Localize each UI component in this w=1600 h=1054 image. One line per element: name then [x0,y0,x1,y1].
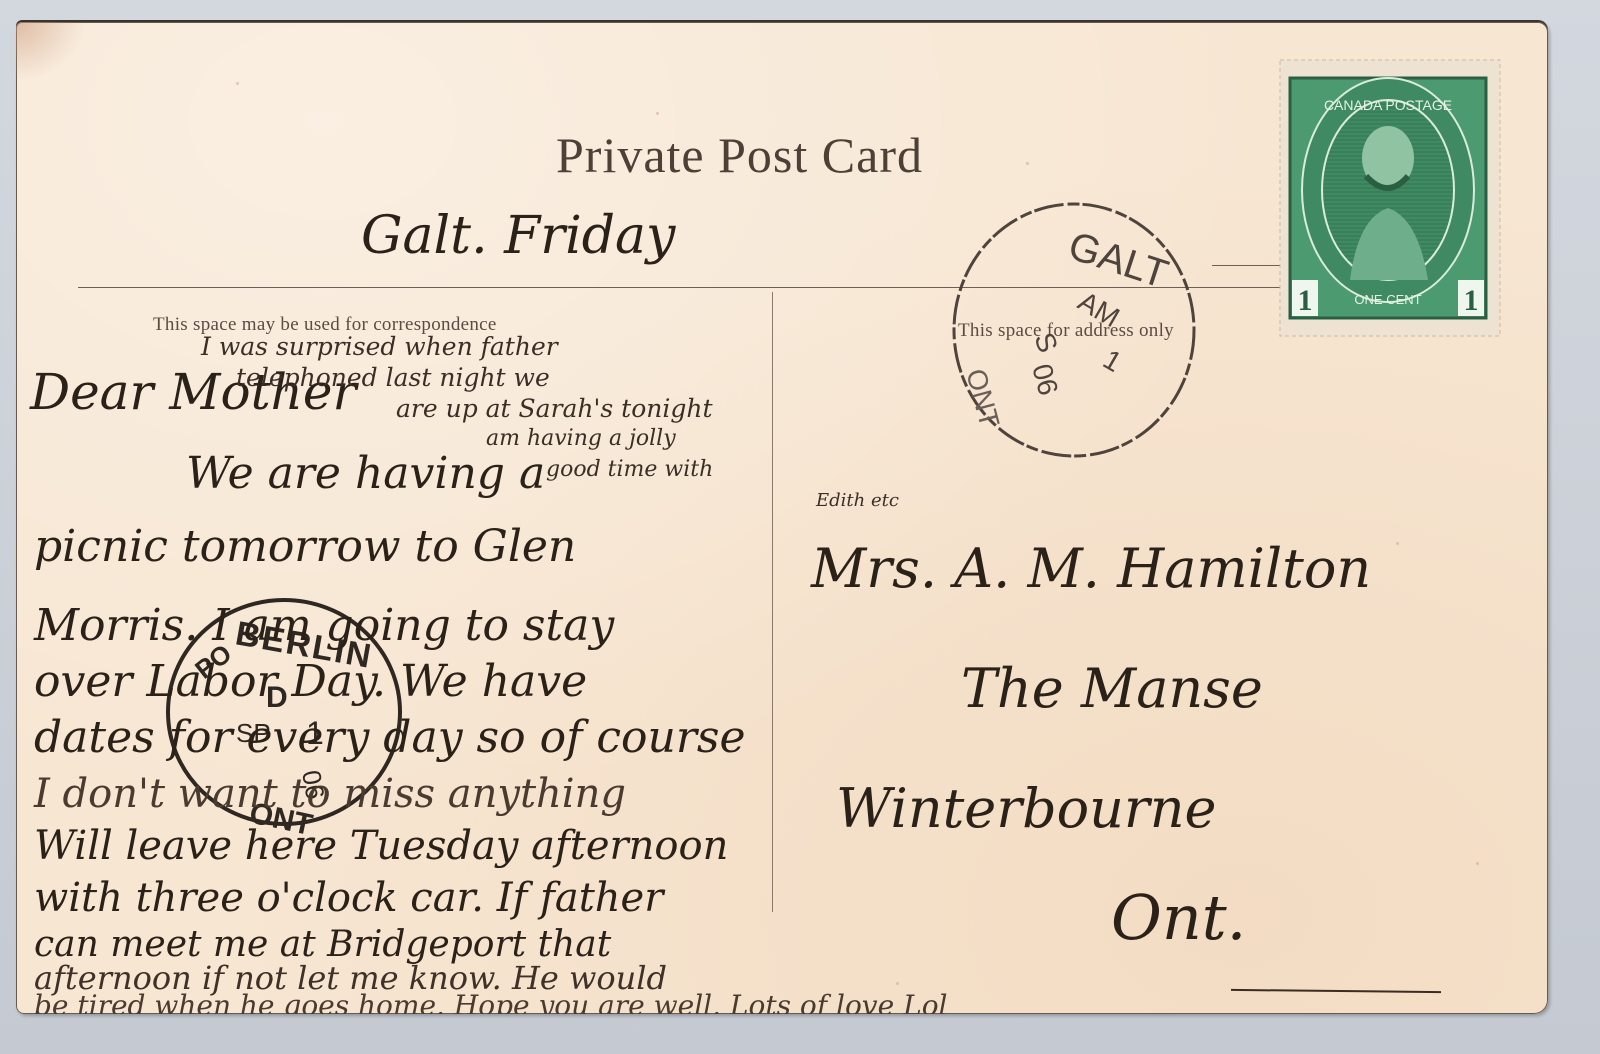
address-house: The Manse [961,662,1263,716]
message-line: picnic tomorrow to Glen [34,525,576,569]
paper-speck [236,82,239,85]
galt-postmark-time: AM [1073,285,1125,333]
corner-wear [16,22,86,82]
message-line: can meet me at Bridgeport that [34,927,611,963]
message-line: I don't want to miss anything [34,774,626,814]
paper-speck [656,112,659,115]
galt-postmark-month: S [1028,328,1064,356]
message-line: Morris. I am going to stay [34,604,614,648]
stamp-value-right: 1 [1464,284,1479,317]
margin-note-line: good time with [546,459,713,481]
message-line: Will leave here Tuesday afternoon [34,826,728,866]
stamp-denomination-text: ONE CENT [1354,292,1421,307]
card-title: Private Post Card [556,126,923,184]
margin-note-line: are up at Sarah's tonight [396,396,713,421]
postcard: Private Post Card This space may be used… [16,22,1548,1014]
galt-postmark: GALT AM S 1 06 ONT [946,197,1206,467]
message-line: dates for every day so of course [34,716,745,760]
margin-note-line: am having a jolly [486,428,676,450]
message-line: We are having a [186,452,545,496]
address-underline [1231,989,1441,993]
stamp-value-left: 1 [1298,284,1313,317]
paper-speck [1026,162,1029,165]
address-recipient: Mrs. A. M. Hamilton [811,542,1371,596]
galt-postmark-year: 06 [1026,361,1064,399]
margin-note-line: telephoned last night we [236,365,550,390]
address-town: Winterbourne [836,782,1216,836]
paper-speck [896,982,899,985]
margin-note-line: I was surprised when father [201,334,558,359]
message-line: be tired when he goes home. Hope you are… [34,992,948,1014]
paper-speck [1396,542,1399,545]
stamp-country-text: CANADA POSTAGE [1324,97,1452,113]
postage-stamp: CANADA POSTAGE ONE CENT 1 1 [1278,58,1502,338]
message-line: over Labor Day. We have [34,660,587,704]
message-line: with three o'clock car. If father [34,878,663,918]
divider-vertical [772,292,773,912]
handwritten-heading: Galt. Friday [361,210,675,262]
margin-note-line: Edith etc [816,492,899,510]
galt-postmark-town: GALT [1063,224,1173,297]
address-province: Ont. [1111,887,1246,949]
paper-speck [1476,862,1479,865]
galt-postmark-day: 1 [1098,343,1127,378]
galt-postmark-province: ONT [960,366,1005,431]
